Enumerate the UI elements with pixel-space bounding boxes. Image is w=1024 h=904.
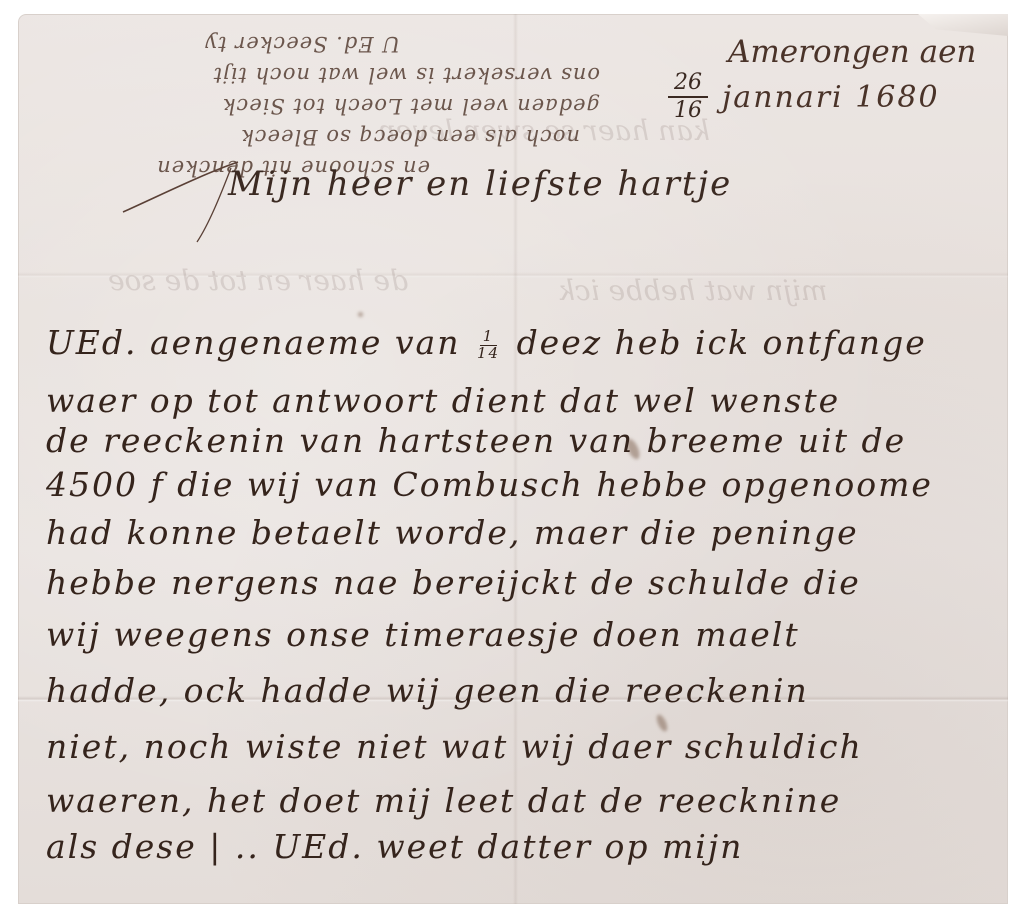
letter-body: UEd. aengenaeme van 1 14 deez heb ick on… [46,314,1006,876]
body-line-end: deez heb ick ontfange [517,323,927,362]
place-and-date: Amerongen aen 26 16 jannari 1680 [668,34,1008,122]
body-fraction: 1 14 [477,329,500,361]
postscript-line: U Ed. Seecker ty [40,28,600,59]
body-line-start: UEd. aengenaeme van [46,323,460,362]
place-line: Amerongen aen [668,34,1008,70]
date-month-year: jannari 1680 [722,80,940,115]
letter-page: kan haer se swen leven de haer en tot de… [18,14,1008,890]
ink-bleed-through: de haer en tot de soe [108,264,408,297]
folded-corner [918,14,1008,36]
ink-bleed-through: mijn wat hebbe ick [558,274,827,307]
date-line: 26 16 jannari 1680 [668,72,1008,122]
body-line: wij weegens onse timeraesje doen maelt [46,606,1006,664]
date-denominator: 16 [674,98,702,122]
date-fraction: 26 16 [668,72,708,122]
salutation: Mijn heer en liefste hartje [228,164,732,204]
postscript-line: gedaen veel met Loech tot Sieck [40,90,600,121]
body-line: hebbe nergens nae bereijckt de schulde d… [46,554,1006,612]
postscript-line: noch als een doecq so Bleeck [40,121,600,152]
postscript-line: ons versekert is wel wat noch tijt [40,59,600,90]
body-line: hadde, ock hadde wij geen die reeckenin [46,662,1006,720]
body-line: UEd. aengenaeme van 1 14 deez heb ick on… [46,314,1006,372]
body-line: niet, noch wiste niet wat wij daer schul… [46,718,1006,776]
body-line-partial: als dese | .. UEd. weet datter op mijn [46,818,1006,876]
date-numerator: 26 [668,72,708,98]
fraction-denominator: 14 [477,346,500,361]
